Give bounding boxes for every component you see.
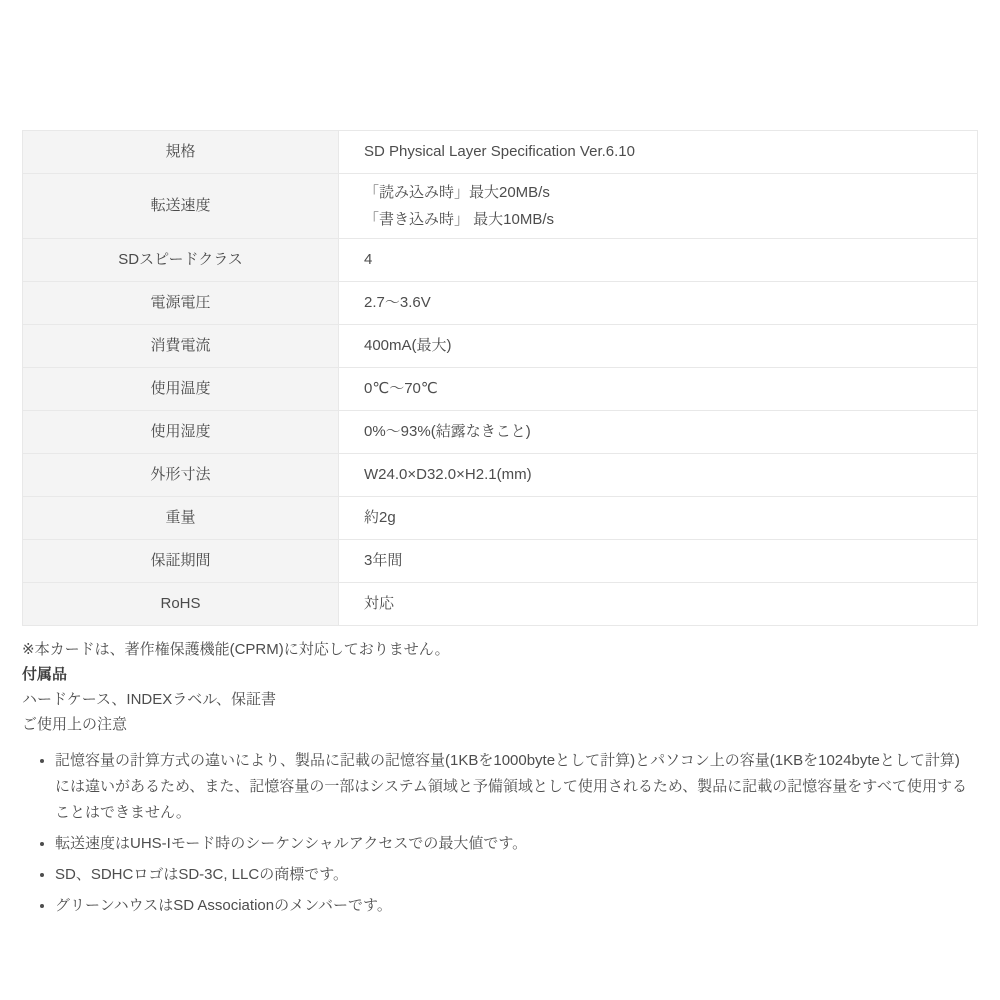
spec-value-line: 「読み込み時」最大20MB/s [364,179,965,206]
notes-section: ※本カードは、著作権保護機能(CPRM)に対応しておりません。 付属品 ハードケ… [22,637,972,924]
usage-bullet-list: 記憶容量の計算方式の違いにより、製品に記載の記憶容量(1KBを1000byteと… [22,748,972,919]
spec-label: 電源電圧 [23,282,339,325]
table-row: 重量 約2g [23,497,978,540]
spec-label: 重量 [23,497,339,540]
table-row: 規格 SD Physical Layer Specification Ver.6… [23,131,978,174]
table-row: RoHS 対応 [23,583,978,626]
spec-value: W24.0×D32.0×H2.1(mm) [339,454,978,497]
spec-value: 4 [339,239,978,282]
spec-label: SDスピードクラス [23,239,339,282]
spec-table: 規格 SD Physical Layer Specification Ver.6… [22,130,978,626]
spec-label: 外形寸法 [23,454,339,497]
table-row: 電源電圧 2.7〜3.6V [23,282,978,325]
usage-bullet-item: 記憶容量の計算方式の違いにより、製品に記載の記憶容量(1KBを1000byteと… [55,748,972,826]
table-row: 使用湿度 0%〜93%(結露なきこと) [23,411,978,454]
spec-label: 保証期間 [23,540,339,583]
usage-bullet-item: グリーンハウスはSD Associationのメンバーです。 [55,893,972,919]
usage-bullet-item: SD、SDHCロゴはSD-3C, LLCの商標です。 [55,862,972,888]
spec-label: 使用湿度 [23,411,339,454]
table-row: 使用温度 0℃〜70℃ [23,368,978,411]
usage-notes-heading: ご使用上の注意 [22,712,972,737]
spec-value: 0℃〜70℃ [339,368,978,411]
table-row: 転送速度 「読み込み時」最大20MB/s 「書き込み時」 最大10MB/s [23,174,978,239]
usage-bullet-item: 転送速度はUHS-Iモード時のシーケンシャルアクセスでの最大値です。 [55,831,972,857]
spec-value: 約2g [339,497,978,540]
product-spec-page: 規格 SD Physical Layer Specification Ver.6… [0,0,1000,1000]
accessories-heading: 付属品 [22,662,972,687]
table-row: 保証期間 3年間 [23,540,978,583]
spec-value: 3年間 [339,540,978,583]
spec-value: SD Physical Layer Specification Ver.6.10 [339,131,978,174]
spec-label: 消費電流 [23,325,339,368]
spec-value-line: 「書き込み時」 最大10MB/s [364,206,965,233]
spec-value: 対応 [339,583,978,626]
spec-value: 2.7〜3.6V [339,282,978,325]
table-row: 外形寸法 W24.0×D32.0×H2.1(mm) [23,454,978,497]
spec-label: 規格 [23,131,339,174]
table-row: SDスピードクラス 4 [23,239,978,282]
accessories-list: ハードケース、INDEXラベル、保証書 [22,687,972,712]
spec-value: 「読み込み時」最大20MB/s 「書き込み時」 最大10MB/s [339,174,978,239]
table-row: 消費電流 400mA(最大) [23,325,978,368]
spec-value: 0%〜93%(結露なきこと) [339,411,978,454]
spec-label: 転送速度 [23,174,339,239]
spec-value: 400mA(最大) [339,325,978,368]
spec-label: RoHS [23,583,339,626]
spec-label: 使用温度 [23,368,339,411]
cprm-note: ※本カードは、著作権保護機能(CPRM)に対応しておりません。 [22,637,972,662]
